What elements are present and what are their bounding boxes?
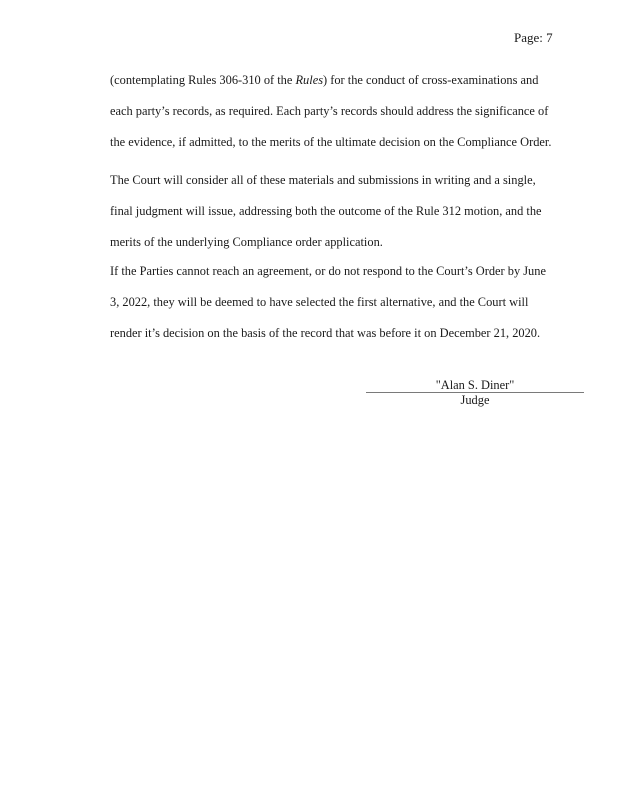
text-run: (contemplating Rules 306-310 of the [110, 73, 295, 87]
text-run: The Court will consider all of these mat… [110, 173, 536, 187]
judge-title: Judge [366, 393, 584, 407]
text-run: 3, 2022, they will be deemed to have sel… [110, 295, 528, 309]
text-line: merits of the underlying Compliance orde… [110, 235, 383, 250]
text-line: (contemplating Rules 306-310 of the Rule… [110, 73, 538, 88]
page-number: Page: 7 [514, 30, 553, 46]
text-run: If the Parties cannot reach an agreement… [110, 264, 546, 278]
text-run: the evidence, if admitted, to the merits… [110, 135, 551, 149]
text-run: final judgment will issue, addressing bo… [110, 204, 542, 218]
text-run: each party’s records, as required. Each … [110, 104, 548, 118]
text-line: render it’s decision on the basis of the… [110, 326, 540, 341]
judge-name: "Alan S. Diner" [366, 378, 584, 392]
signature-block: "Alan S. Diner" Judge [366, 378, 584, 407]
text-line: final judgment will issue, addressing bo… [110, 204, 542, 219]
text-line: each party’s records, as required. Each … [110, 104, 548, 119]
italic-run: Rules [295, 73, 323, 87]
text-run: merits of the underlying Compliance orde… [110, 235, 383, 249]
text-line: 3, 2022, they will be deemed to have sel… [110, 295, 528, 310]
text-line: If the Parties cannot reach an agreement… [110, 264, 546, 279]
text-run: ) for the conduct of cross-examinations … [323, 73, 538, 87]
text-run: render it’s decision on the basis of the… [110, 326, 540, 340]
text-line: the evidence, if admitted, to the merits… [110, 135, 551, 150]
text-line: The Court will consider all of these mat… [110, 173, 536, 188]
